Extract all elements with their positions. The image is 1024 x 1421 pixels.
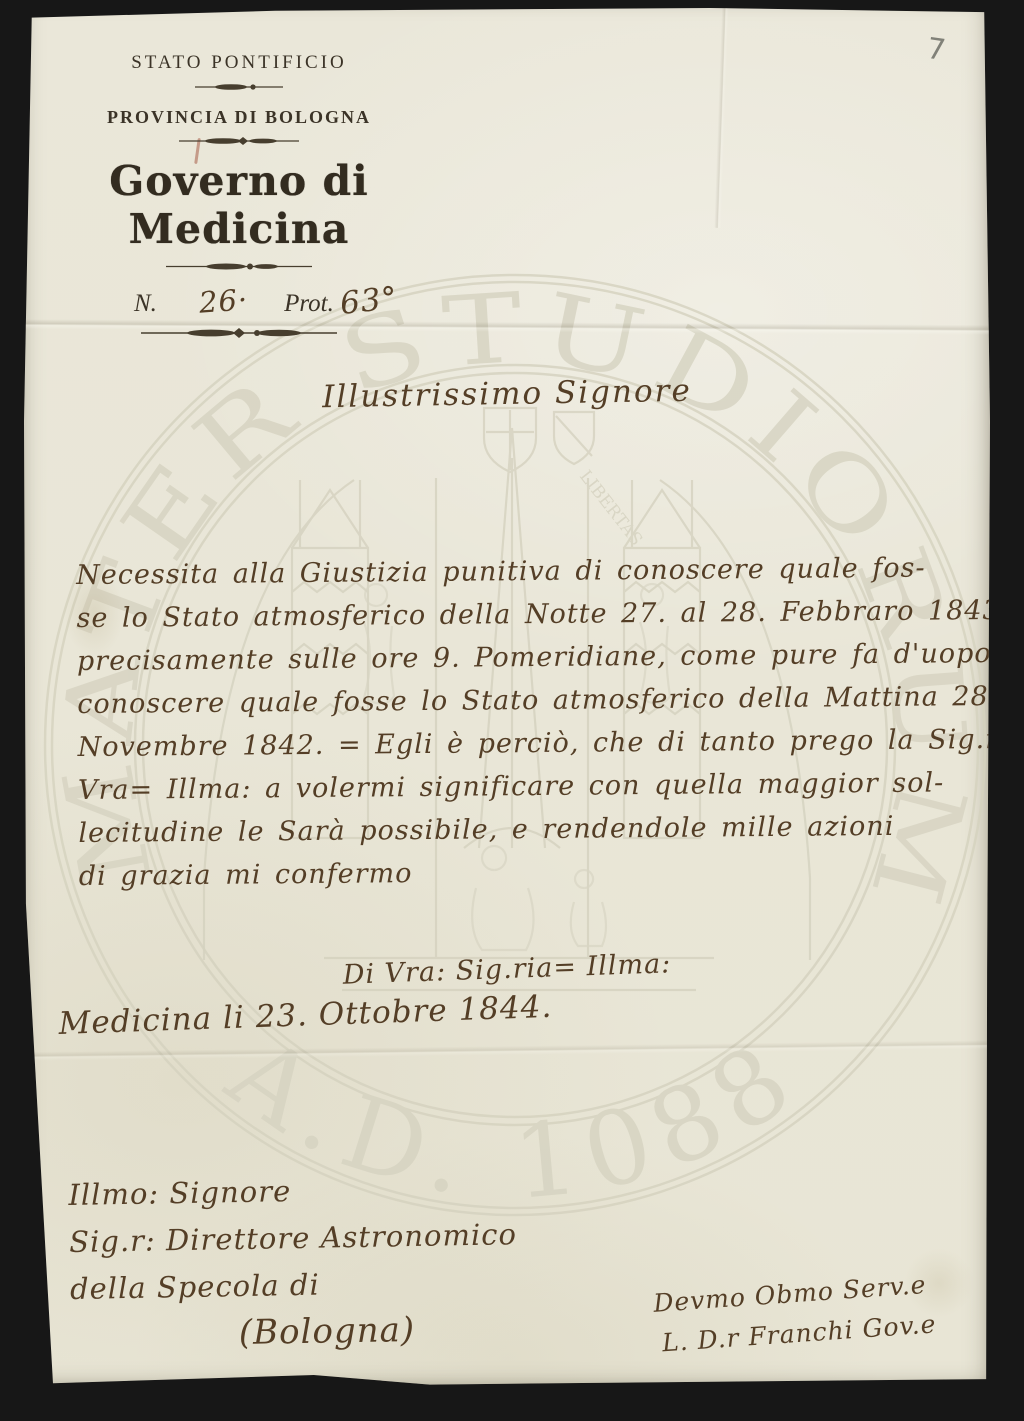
address-line: Sig.r: Direttore Astronomico xyxy=(69,1211,518,1266)
address-line: Illmo: Signore xyxy=(68,1164,517,1219)
letterhead-province: PROVINCIA DI BOLOGNA xyxy=(34,107,444,128)
ornament-rule xyxy=(164,260,314,273)
address-city: (Bologna) xyxy=(238,1305,519,1357)
salutation: Illustrissimo Signore xyxy=(24,368,990,421)
letter-body: Necessita alla Giustizia punitiva di con… xyxy=(76,546,979,898)
address-line: della Specola di xyxy=(70,1258,519,1313)
shield-band-icon xyxy=(554,412,594,464)
signature-block: Devmo Obmo Serv.e L. D.r Franchi Gov.e xyxy=(652,1264,938,1363)
letterhead-office: Governo di Medicina xyxy=(34,157,444,253)
protocol-row: N. 26· Prot. 63° xyxy=(34,283,444,319)
protocol-value: 63° xyxy=(338,280,399,322)
shield-cross-icon xyxy=(484,408,536,472)
body-line: lecitudine le Sarà possibile, e rendendo… xyxy=(78,804,978,855)
archival-page-number: 7 xyxy=(925,31,948,67)
ornament-rule xyxy=(193,81,285,93)
number-label: N. xyxy=(134,290,157,318)
ornament-rule xyxy=(139,326,339,340)
letterhead-state: STATO PONTIFICIO xyxy=(34,52,444,74)
scanned-letter-page: MATER STUDIORUM A.D. 1088 xyxy=(0,0,1024,1421)
fold-crease-vertical xyxy=(714,8,729,228)
letter-paper: MATER STUDIORUM A.D. 1088 xyxy=(24,8,990,1386)
ornament-rule xyxy=(177,135,301,147)
letterhead: STATO PONTIFICIO PROVINCIA DI BOLOGNA Go… xyxy=(34,52,444,340)
number-value: 26· xyxy=(198,282,249,319)
fold-crease-bottom xyxy=(24,1040,990,1061)
body-line: di grazia mi confermo xyxy=(79,847,979,898)
recipient-address: Illmo: Signore Sig.r: Direttore Astronom… xyxy=(68,1164,519,1360)
shield-motto-text: LIBERTAS xyxy=(575,467,646,550)
protocol-label: Prot. xyxy=(284,290,334,318)
